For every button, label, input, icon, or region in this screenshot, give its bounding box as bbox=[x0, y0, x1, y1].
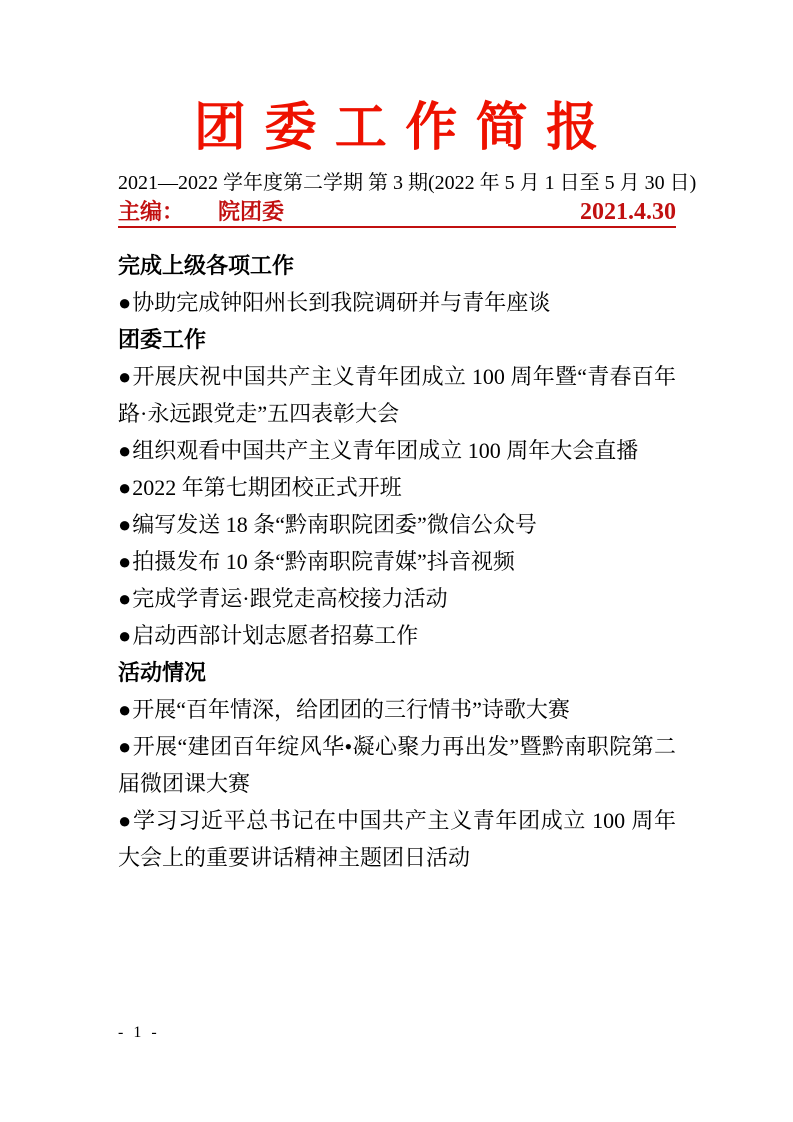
bullet-icon: ● bbox=[118, 549, 131, 574]
bullet-icon: ● bbox=[118, 586, 131, 611]
section-heading-superior-work: 完成上级各项工作 bbox=[118, 247, 676, 284]
bullet-icon: ● bbox=[118, 512, 131, 537]
document-page: 团 委 工 作 简 报 2021—2022 学年度第二学期 第 3 期(2022… bbox=[0, 0, 793, 1122]
bullet-icon: ● bbox=[118, 364, 132, 389]
page-number: - 1 - bbox=[118, 1024, 160, 1042]
editor-value: 院团委 bbox=[218, 199, 284, 224]
section-heading-committee-work: 团委工作 bbox=[118, 321, 676, 358]
bullet-icon: ● bbox=[118, 697, 131, 722]
bulletin-item: ●开展“建团百年绽风华•凝心聚力再出发”暨黔南职院第二届微团课大赛 bbox=[118, 728, 676, 802]
item-text: 开展“建团百年绽风华•凝心聚力再出发”暨黔南职院第二届微团课大赛 bbox=[118, 734, 676, 796]
editor-label: 主编： bbox=[118, 199, 184, 224]
item-text: 组织观看中国共产主义青年团成立 100 周年大会直播 bbox=[132, 438, 638, 463]
bullet-icon: ● bbox=[118, 475, 131, 500]
bulletin-item: ●开展“百年情深，给团团的三行情书”诗歌大赛 bbox=[118, 691, 676, 728]
item-text: 启动西部计划志愿者招募工作 bbox=[132, 623, 418, 648]
item-text: 开展庆祝中国共产主义青年团成立 100 周年暨“青春百年路·永远跟党走”五四表彰… bbox=[118, 364, 676, 426]
section-heading-activities: 活动情况 bbox=[118, 654, 676, 691]
bullet-icon: ● bbox=[118, 623, 131, 648]
bullet-icon: ● bbox=[118, 808, 132, 833]
item-text: 拍摄发布 10 条“黔南职院青媒”抖音视频 bbox=[132, 549, 515, 574]
issue-date: 2021.4.30 bbox=[580, 199, 676, 225]
page-title: 团 委 工 作 简 报 bbox=[118, 96, 676, 161]
issue-line: 2021—2022 学年度第二学期 第 3 期(2022 年 5 月 1 日至 … bbox=[118, 170, 676, 196]
item-text: 开展“百年情深，给团团的三行情书”诗歌大赛 bbox=[132, 697, 570, 722]
item-text: 学习习近平总书记在中国共产主义青年团成立 100 周年大会上的重要讲话精神主题团… bbox=[118, 808, 676, 870]
meta-row: 主编：院团委 2021.4.30 bbox=[118, 199, 676, 225]
bulletin-item: ●2022 年第七期团校正式开班 bbox=[118, 469, 676, 506]
bulletin-item: ●拍摄发布 10 条“黔南职院青媒”抖音视频 bbox=[118, 543, 676, 580]
page-content: 团 委 工 作 简 报 2021—2022 学年度第二学期 第 3 期(2022… bbox=[118, 0, 676, 876]
item-text: 完成学青运·跟党走高校接力活动 bbox=[132, 586, 447, 611]
bullet-icon: ● bbox=[118, 734, 132, 759]
editor-field: 主编：院团委 bbox=[118, 199, 284, 225]
bulletin-item: ●组织观看中国共产主义青年团成立 100 周年大会直播 bbox=[118, 432, 676, 469]
bulletin-item: ●协助完成钟阳州长到我院调研并与青年座谈 bbox=[118, 284, 676, 321]
bulletin-body: 完成上级各项工作 ●协助完成钟阳州长到我院调研并与青年座谈 团委工作 ●开展庆祝… bbox=[118, 247, 676, 876]
bulletin-item: ●编写发送 18 条“黔南职院团委”微信公众号 bbox=[118, 506, 676, 543]
bulletin-item: ●完成学青运·跟党走高校接力活动 bbox=[118, 580, 676, 617]
bulletin-item: ●启动西部计划志愿者招募工作 bbox=[118, 617, 676, 654]
item-text: 2022 年第七期团校正式开班 bbox=[132, 475, 402, 500]
bulletin-item: ●开展庆祝中国共产主义青年团成立 100 周年暨“青春百年路·永远跟党走”五四表… bbox=[118, 358, 676, 432]
bullet-icon: ● bbox=[118, 438, 131, 463]
red-divider-rule bbox=[118, 226, 676, 228]
bullet-icon: ● bbox=[118, 290, 131, 315]
item-text: 编写发送 18 条“黔南职院团委”微信公众号 bbox=[132, 512, 537, 537]
bulletin-item: ●学习习近平总书记在中国共产主义青年团成立 100 周年大会上的重要讲话精神主题… bbox=[118, 802, 676, 876]
item-text: 协助完成钟阳州长到我院调研并与青年座谈 bbox=[132, 290, 550, 315]
